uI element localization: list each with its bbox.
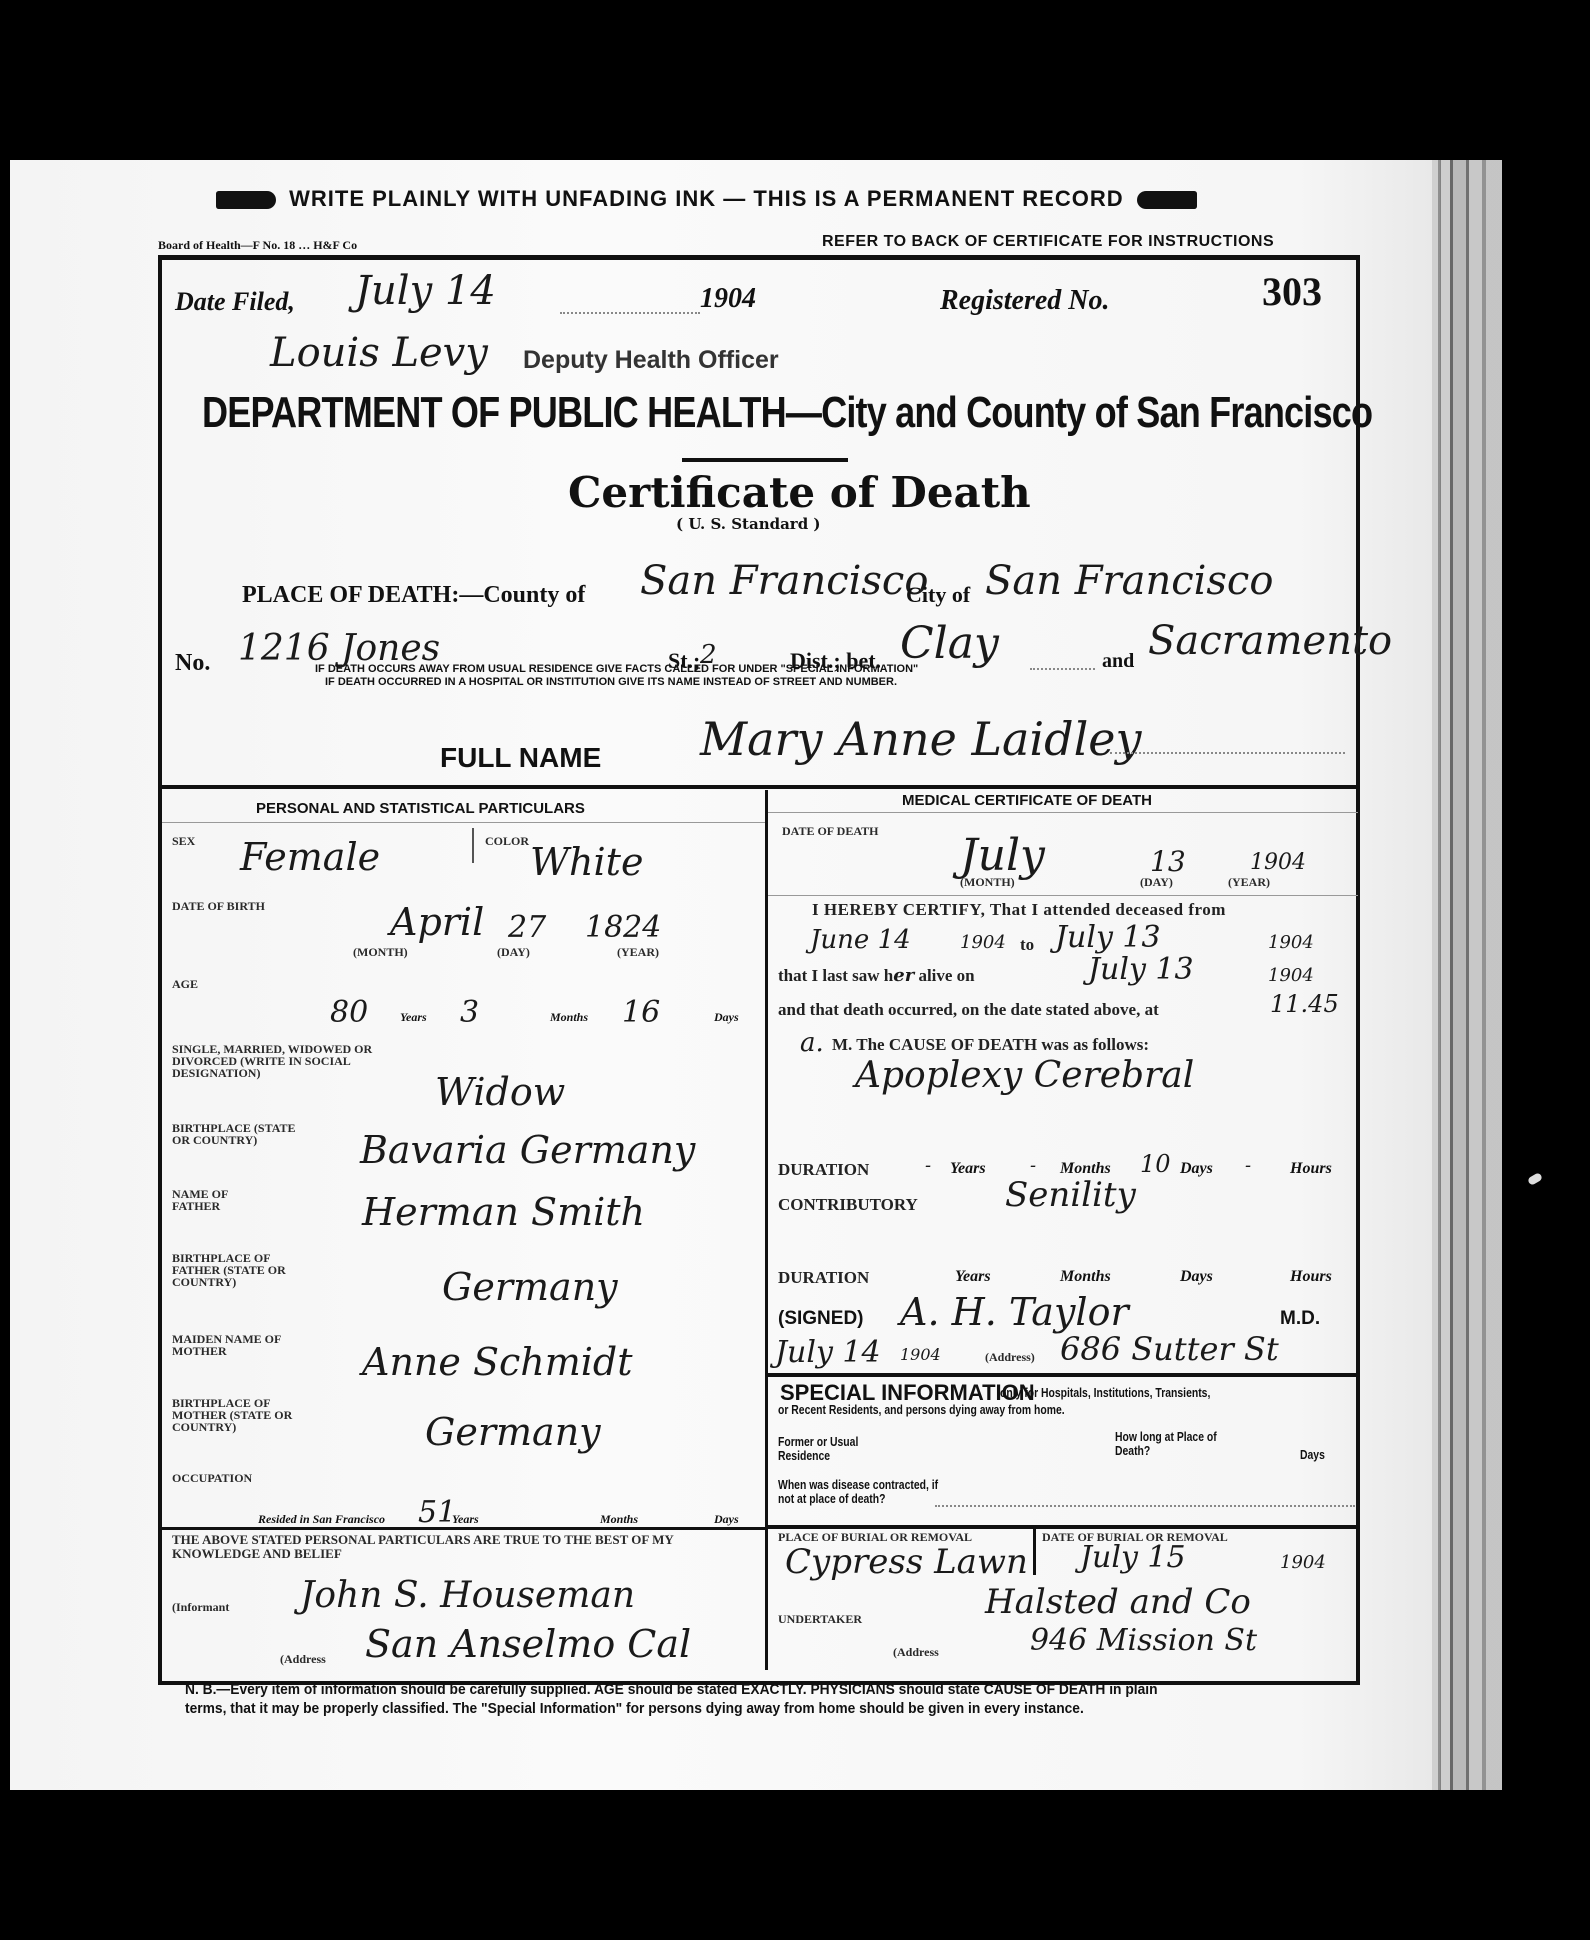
- mother-birthplace-value: Germany: [425, 1410, 601, 1454]
- duration-label-2: DURATION: [778, 1268, 869, 1288]
- full-name-label: FULL NAME: [440, 742, 601, 774]
- date-filed-year: 1904: [700, 283, 756, 315]
- how-long-days: Days: [1300, 1447, 1325, 1462]
- undertaker-label: UNDERTAKER: [778, 1612, 862, 1627]
- md-label: M.D.: [1280, 1308, 1320, 1330]
- dod-month: July: [960, 830, 1045, 881]
- signed-year: 1904: [900, 1345, 941, 1364]
- informant-address-label: (Address: [280, 1652, 326, 1667]
- year-caption: (Year): [617, 945, 659, 960]
- resided-label: Resided in San Francisco: [258, 1512, 385, 1527]
- scan-speck: [1527, 1172, 1543, 1186]
- personal-heading: PERSONAL AND STATISTICAL PARTICULARS: [256, 800, 585, 817]
- burial-date: July 15: [1080, 1540, 1186, 1575]
- undertaker-value: Halsted and Co: [985, 1582, 1251, 1622]
- age-days: 16: [622, 995, 660, 1030]
- physician-signature: A. H. Taylor: [900, 1290, 1129, 1334]
- dod-day: 13: [1150, 845, 1186, 878]
- days-caption-2: Days: [1180, 1268, 1213, 1286]
- to-label: to: [1020, 935, 1034, 955]
- birthplace-label: BIRTHPLACE (State or Country): [172, 1122, 302, 1146]
- mother-birthplace-label: BIRTHPLACE OF MOTHER (State or Country): [172, 1397, 302, 1433]
- attended-from-year: 1904: [960, 932, 1006, 953]
- marital-value: Widow: [435, 1070, 565, 1114]
- dod-year: 1904: [1250, 850, 1306, 875]
- pointing-hand-icon: [1137, 191, 1197, 209]
- special-info-note: only for Hospitals, Institutions, Transi…: [1000, 1385, 1210, 1400]
- sex-label: SEX: [172, 835, 195, 847]
- color-value: White: [530, 840, 643, 884]
- title-rule: [682, 458, 848, 462]
- color-label: COLOR: [485, 835, 529, 847]
- medical-heading: MEDICAL CERTIFICATE OF DEATH: [902, 792, 1152, 809]
- marital-label: SINGLE, MARRIED, WIDOWED OR DIVORCED (Wr…: [172, 1043, 402, 1079]
- form-number: Board of Health—F No. 18 … H&F Co: [158, 238, 357, 253]
- officer-signature: Louis Levy: [270, 330, 488, 376]
- certificate-standard: ( U. S. Standard ): [676, 515, 821, 533]
- nb-note: N. B.—Every item of information should b…: [185, 1680, 1197, 1718]
- between-street-a: Clay: [900, 618, 999, 669]
- contributory-label: CONTRIBUTORY: [778, 1195, 918, 1215]
- hours-caption-2: Hours: [1290, 1268, 1332, 1286]
- duration-months: -: [1030, 1155, 1036, 1176]
- signed-label: (SIGNED): [778, 1308, 864, 1330]
- days-caption: Days: [714, 1010, 739, 1025]
- cause-label: M. The CAUSE OF DEATH was as follows:: [832, 1035, 1149, 1055]
- attended-to: July 13: [1055, 920, 1161, 955]
- years-caption-2: Years: [955, 1268, 991, 1286]
- city-label: City of: [906, 582, 970, 608]
- duration-hours: -: [1245, 1155, 1251, 1176]
- hours-caption: Hours: [1290, 1160, 1332, 1178]
- resided-months-caption: Months: [600, 1512, 638, 1527]
- stacked-page-edges: [1432, 160, 1502, 1790]
- dob-label: DATE OF BIRTH: [172, 900, 265, 912]
- informant-address: San Anselmo Cal: [365, 1622, 691, 1666]
- county-value: San Francisco: [640, 558, 928, 604]
- resided-years-caption: Years: [452, 1512, 479, 1527]
- department-title: DEPARTMENT OF PUBLIC HEALTH—City and Cou…: [202, 388, 1372, 438]
- dod-month-caption: (Month): [960, 875, 1015, 890]
- refer-instructions: REFER TO BACK OF CERTIFICATE FOR INSTRUC…: [822, 233, 1274, 251]
- signed-date: July 14: [775, 1335, 881, 1370]
- father-birthplace-value: Germany: [442, 1265, 618, 1309]
- ampm: a.: [800, 1028, 824, 1058]
- dob-year: 1824: [585, 910, 661, 945]
- death-time: 11.45: [1270, 990, 1339, 1018]
- dob-day: 27: [508, 910, 546, 945]
- burial-year: 1904: [1280, 1552, 1326, 1573]
- day-caption: (Day): [497, 945, 530, 960]
- duration-years: -: [925, 1155, 931, 1176]
- registered-label: Registered No.: [940, 285, 1110, 317]
- city-value: San Francisco: [985, 558, 1273, 604]
- registered-number: 303: [1262, 268, 1322, 315]
- age-years: 80: [330, 995, 368, 1030]
- date-filed-label: Date Filed,: [175, 287, 295, 317]
- days-caption: Days: [1180, 1160, 1213, 1178]
- pointing-hand-icon: [216, 191, 276, 209]
- occurred-text: and that death occurred, on the date sta…: [778, 1000, 1159, 1020]
- between-street-b: Sacramento: [1148, 618, 1392, 664]
- pronoun: er: [893, 965, 914, 986]
- duration-label: DURATION: [778, 1160, 869, 1180]
- full-name-value: Mary Anne Laidley: [700, 712, 1142, 766]
- certify-text: I HEREBY CERTIFY, That I attended deceas…: [812, 900, 1226, 920]
- column-divider: [765, 790, 768, 1670]
- officer-title: Deputy Health Officer: [523, 346, 779, 375]
- and-label: and: [1102, 650, 1134, 673]
- attended-from: June 14: [810, 925, 911, 955]
- years-caption: Years: [950, 1160, 986, 1178]
- age-months: 3: [460, 995, 479, 1030]
- resided-days-caption: Days: [714, 1512, 739, 1527]
- undertaker-address-label: (Address: [893, 1645, 939, 1660]
- father-value: Herman Smith: [362, 1190, 645, 1234]
- street-no-label: No.: [175, 650, 210, 677]
- section-rule: [162, 785, 1358, 789]
- sex-value: Female: [240, 835, 380, 879]
- last-saw-year: 1904: [1268, 965, 1314, 986]
- occupation-label: OCCUPATION: [172, 1472, 252, 1484]
- burial-place: Cypress Lawn: [785, 1542, 1028, 1582]
- informant-label: (Informant: [172, 1600, 229, 1615]
- informant-statement: THE ABOVE STATED PERSONAL PARTICULARS AR…: [172, 1533, 757, 1561]
- months-caption: Months: [550, 1010, 588, 1025]
- banner: WRITE PLAINLY WITH UNFADING INK — THIS I…: [210, 186, 1203, 212]
- mother-label: MAIDEN NAME OF MOTHER: [172, 1333, 292, 1357]
- dob-month: April: [390, 900, 484, 944]
- contracted-label: When was disease contracted, if not at p…: [778, 1478, 954, 1506]
- former-residence-label: Former or Usual Residence: [778, 1435, 874, 1463]
- years-caption: Years: [400, 1010, 427, 1025]
- months-caption-2: Months: [1060, 1268, 1111, 1286]
- undertaker-address: 946 Mission St: [1030, 1623, 1257, 1658]
- father-label: NAME OF FATHER: [172, 1188, 262, 1212]
- special-info-note-2: or Recent Residents, and persons dying a…: [778, 1402, 1065, 1417]
- attended-to-year: 1904: [1268, 932, 1314, 953]
- date-filed-value: July 14: [355, 268, 496, 314]
- cause-value: Apoplexy Cerebral: [855, 1055, 1194, 1096]
- month-caption: (Month): [353, 945, 408, 960]
- resided-years: 51: [418, 1495, 456, 1530]
- certificate-title: Certificate of Death: [568, 468, 1031, 517]
- informant-name: John S. Houseman: [300, 1575, 635, 1616]
- mother-value: Anne Schmidt: [362, 1340, 633, 1384]
- place-of-death-label: PLACE OF DEATH:—County of: [242, 582, 585, 609]
- dod-label: DATE OF DEATH: [782, 825, 878, 837]
- physician-address-label: (Address): [985, 1350, 1035, 1365]
- father-birthplace-label: BIRTHPLACE OF FATHER (State or Country): [172, 1252, 302, 1288]
- last-saw-line: that I last saw her alive on: [778, 965, 975, 986]
- dod-year-caption: (Year): [1228, 875, 1270, 890]
- birthplace-value: Bavaria Germany: [360, 1128, 695, 1172]
- physician-address: 686 Sutter St: [1060, 1330, 1279, 1368]
- last-saw-date: July 13: [1088, 952, 1194, 987]
- contributory-value: Senility: [1005, 1175, 1136, 1215]
- duration-days: 10: [1140, 1150, 1171, 1178]
- residence-note: IF DEATH OCCURS AWAY FROM USUAL RESIDENC…: [315, 663, 918, 689]
- age-label: AGE: [172, 978, 198, 990]
- dod-day-caption: (Day): [1140, 875, 1173, 890]
- how-long-label: How long at Place of Death?: [1115, 1430, 1219, 1458]
